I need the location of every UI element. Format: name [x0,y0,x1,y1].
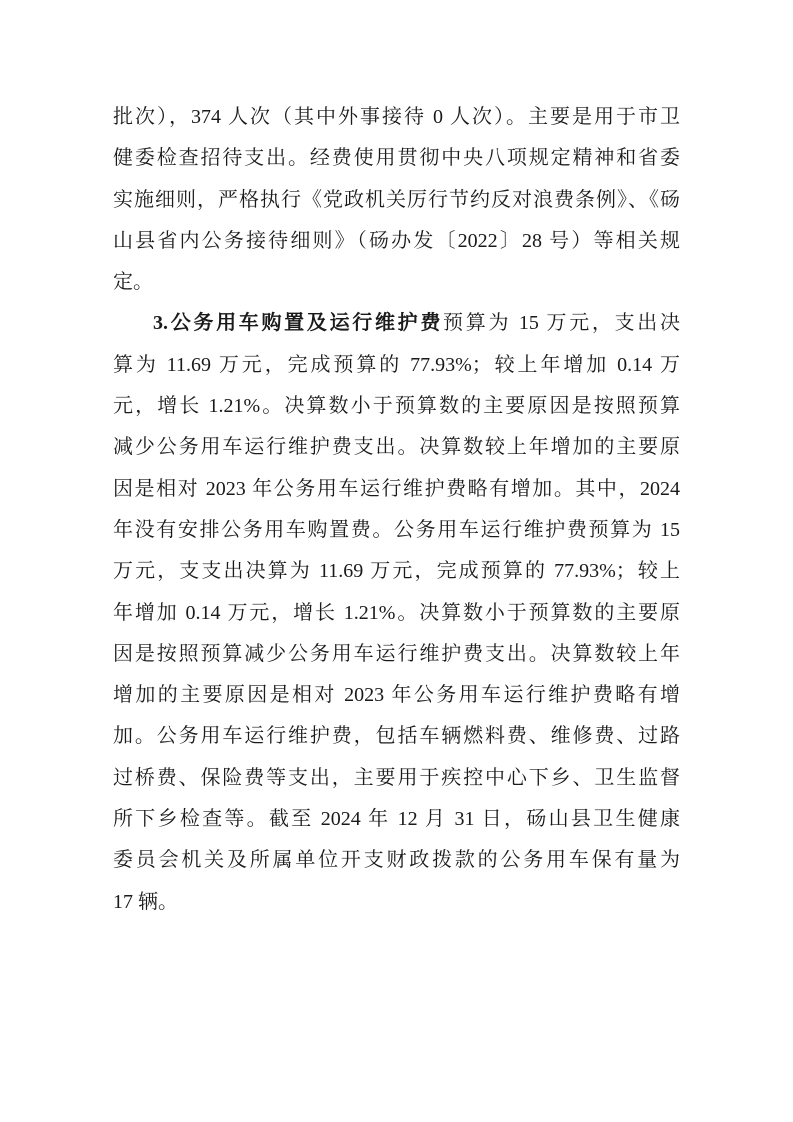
text-run: 山县省内公务接待细则》（砀办发〔2022〕28 号）等相关规 [113,230,680,252]
text-run: 减少公务用车运行维护费支出。决算数较上年增加的主要原 [113,436,680,458]
text-line: 万元，支支出决算为 11.69 万元，完成预算的 77.93%；较上 [113,551,680,592]
text-run: 所下乡检查等。截至 2024 年 12 月 31 日，砀山县卫生健康 [113,808,680,830]
document-body: 批次），374 人次（其中外事接待 0 人次）。主要是用于市卫健委检查招待支出。… [113,97,680,923]
bold-heading-run: 3.公务用车购置及运行维护费 [153,312,443,334]
text-run: 年没有安排公务用车购置费。公务用车运行维护费预算为 15 [113,519,680,541]
text-run: 实施细则，严格执行《党政机关厉行节约反对浪费条例》、《砀 [113,189,680,211]
text-line: 算为 11.69 万元，完成预算的 77.93%；较上年增加 0.14 万 [113,345,680,386]
text-line: 批次），374 人次（其中外事接待 0 人次）。主要是用于市卫 [113,97,680,138]
text-line: 委员会机关及所属单位开支财政拨款的公务用车保有量为 [113,840,680,881]
text-line: 减少公务用车运行维护费支出。决算数较上年增加的主要原 [113,427,680,468]
text-run: 因是按照预算减少公务用车运行维护费支出。决算数较上年 [113,643,680,665]
text-line: 因是按照预算减少公务用车运行维护费支出。决算数较上年 [113,634,680,675]
text-run: 万元，支支出决算为 11.69 万元，完成预算的 77.93%；较上 [113,560,680,582]
text-line: 加。公务用车运行维护费，包括车辆燃料费、维修费、过路 [113,716,680,757]
text-line: 增加的主要原因是相对 2023 年公务用车运行维护费略有增 [113,675,680,716]
text-line: 定。 [113,262,680,303]
text-run: 年增加 0.14 万元，增长 1.21%。决算数小于预算数的主要原 [113,602,680,624]
text-line: 山县省内公务接待细则》（砀办发〔2022〕28 号）等相关规 [113,221,680,262]
text-line: 实施细则，严格执行《党政机关厉行节约反对浪费条例》、《砀 [113,180,680,221]
text-line: 所下乡检查等。截至 2024 年 12 月 31 日，砀山县卫生健康 [113,799,680,840]
text-run: 委员会机关及所属单位开支财政拨款的公务用车保有量为 [113,849,680,871]
text-run: 健委检查招待支出。经费使用贯彻中央八项规定精神和省委 [113,147,680,169]
text-run: 增加的主要原因是相对 2023 年公务用车运行维护费略有增 [113,684,680,706]
text-run: 元，增长 1.21%。决算数小于预算数的主要原因是按照预算 [113,395,680,417]
text-run: 批次），374 人次（其中外事接待 0 人次）。主要是用于市卫 [113,106,680,128]
text-line: 年没有安排公务用车购置费。公务用车运行维护费预算为 15 [113,510,680,551]
text-line: 因是相对 2023 年公务用车运行维护费略有增加。其中，2024 [113,469,680,510]
text-line: 3.公务用车购置及运行维护费预算为 15 万元，支出决 [113,303,680,344]
text-line: 过桥费、保险费等支出，主要用于疾控中心下乡、卫生监督 [113,758,680,799]
text-run: 算为 11.69 万元，完成预算的 77.93%；较上年增加 0.14 万 [113,354,680,376]
document-page: 批次），374 人次（其中外事接待 0 人次）。主要是用于市卫健委检查招待支出。… [0,0,793,1122]
text-line: 健委检查招待支出。经费使用贯彻中央八项规定精神和省委 [113,138,680,179]
text-run: 预算为 15 万元，支出决 [443,312,680,334]
text-line: 17 辆。 [113,882,680,923]
text-line: 年增加 0.14 万元，增长 1.21%。决算数小于预算数的主要原 [113,593,680,634]
text-run: 17 辆。 [113,891,178,913]
text-run: 定。 [113,271,153,293]
text-run: 加。公务用车运行维护费，包括车辆燃料费、维修费、过路 [113,725,680,747]
text-run: 因是相对 2023 年公务用车运行维护费略有增加。其中，2024 [113,478,680,500]
text-line: 元，增长 1.21%。决算数小于预算数的主要原因是按照预算 [113,386,680,427]
text-run: 过桥费、保险费等支出，主要用于疾控中心下乡、卫生监督 [113,767,680,789]
